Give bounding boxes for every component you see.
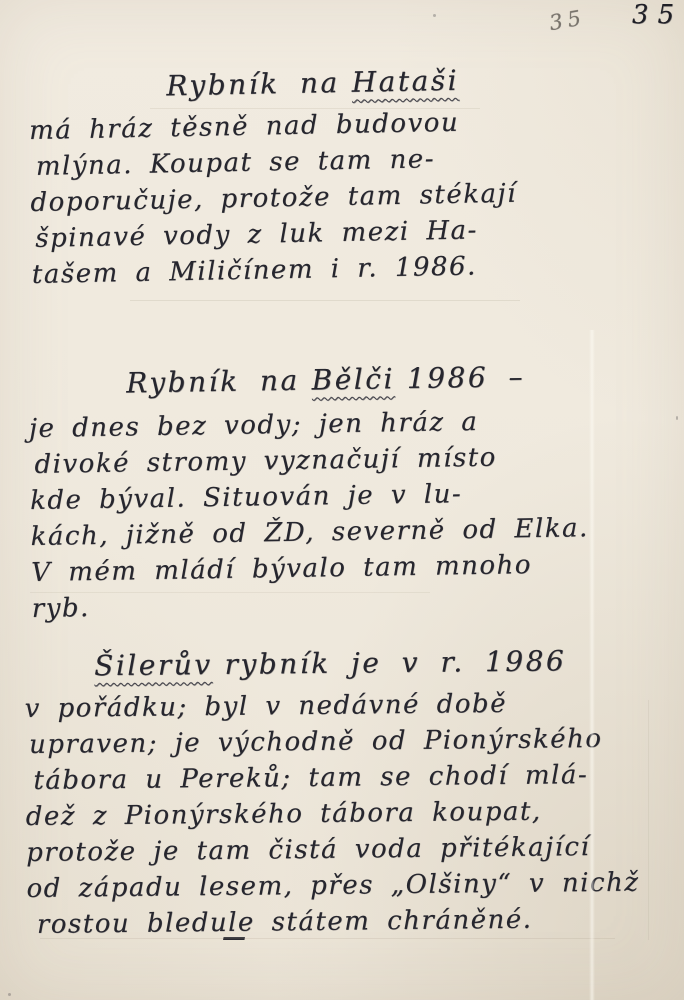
ink-speck [433, 14, 436, 17]
heading-underlined-word: Šilerův [94, 648, 213, 682]
end-dash-mark: — [222, 922, 246, 951]
heading-suffix: rybník je v r. 1986 [224, 644, 566, 681]
ink-speck [676, 416, 678, 420]
heading-text: Rybník na [166, 66, 340, 102]
page-number-ink: 35 [632, 0, 683, 30]
heading-underlined-word: Bělči [311, 362, 395, 396]
paragraph-belec: Rybník naBělči1986 – je dnes bez vody; j… [28, 359, 590, 627]
handwritten-line: od západu lesem, přes „Olšiny“ v nichž [26, 865, 639, 907]
pencil-guide-line [150, 108, 480, 109]
heading-suffix [471, 63, 472, 96]
pencil-margin-line [648, 700, 649, 940]
heading-suffix: 1986 – [407, 360, 526, 395]
handwritten-line: tábora u Pereků; tam se chodí mlá- [33, 757, 638, 799]
pencil-guide-line [130, 300, 520, 301]
paragraph-hatas: Rybník naHataši má hráz těsně nad budovo… [28, 63, 519, 293]
ink-speck [8, 993, 11, 996]
manuscript-page: 35 35 Rybník naHataši má hráz těsně nad … [0, 0, 684, 1000]
paragraph-sileruv: Šilerůvrybník je v r. 1986 v pořádku; by… [24, 644, 640, 943]
pencil-guide-line [40, 938, 615, 939]
page-number-pencil: 35 [546, 0, 588, 41]
paper-crease [589, 330, 595, 1000]
heading-underlined-word: Hataši [351, 64, 459, 99]
heading-text: Rybník na [126, 364, 300, 400]
handwritten-line: rostou bledule státem chráněné. [37, 901, 640, 943]
paragraph-heading: Rybník naHataši [166, 63, 515, 103]
paragraph-heading: Rybník naBělči1986 – [126, 359, 587, 399]
paragraph-heading: Šilerůvrybník je v r. 1986 [94, 644, 637, 683]
pencil-guide-line [30, 592, 430, 593]
